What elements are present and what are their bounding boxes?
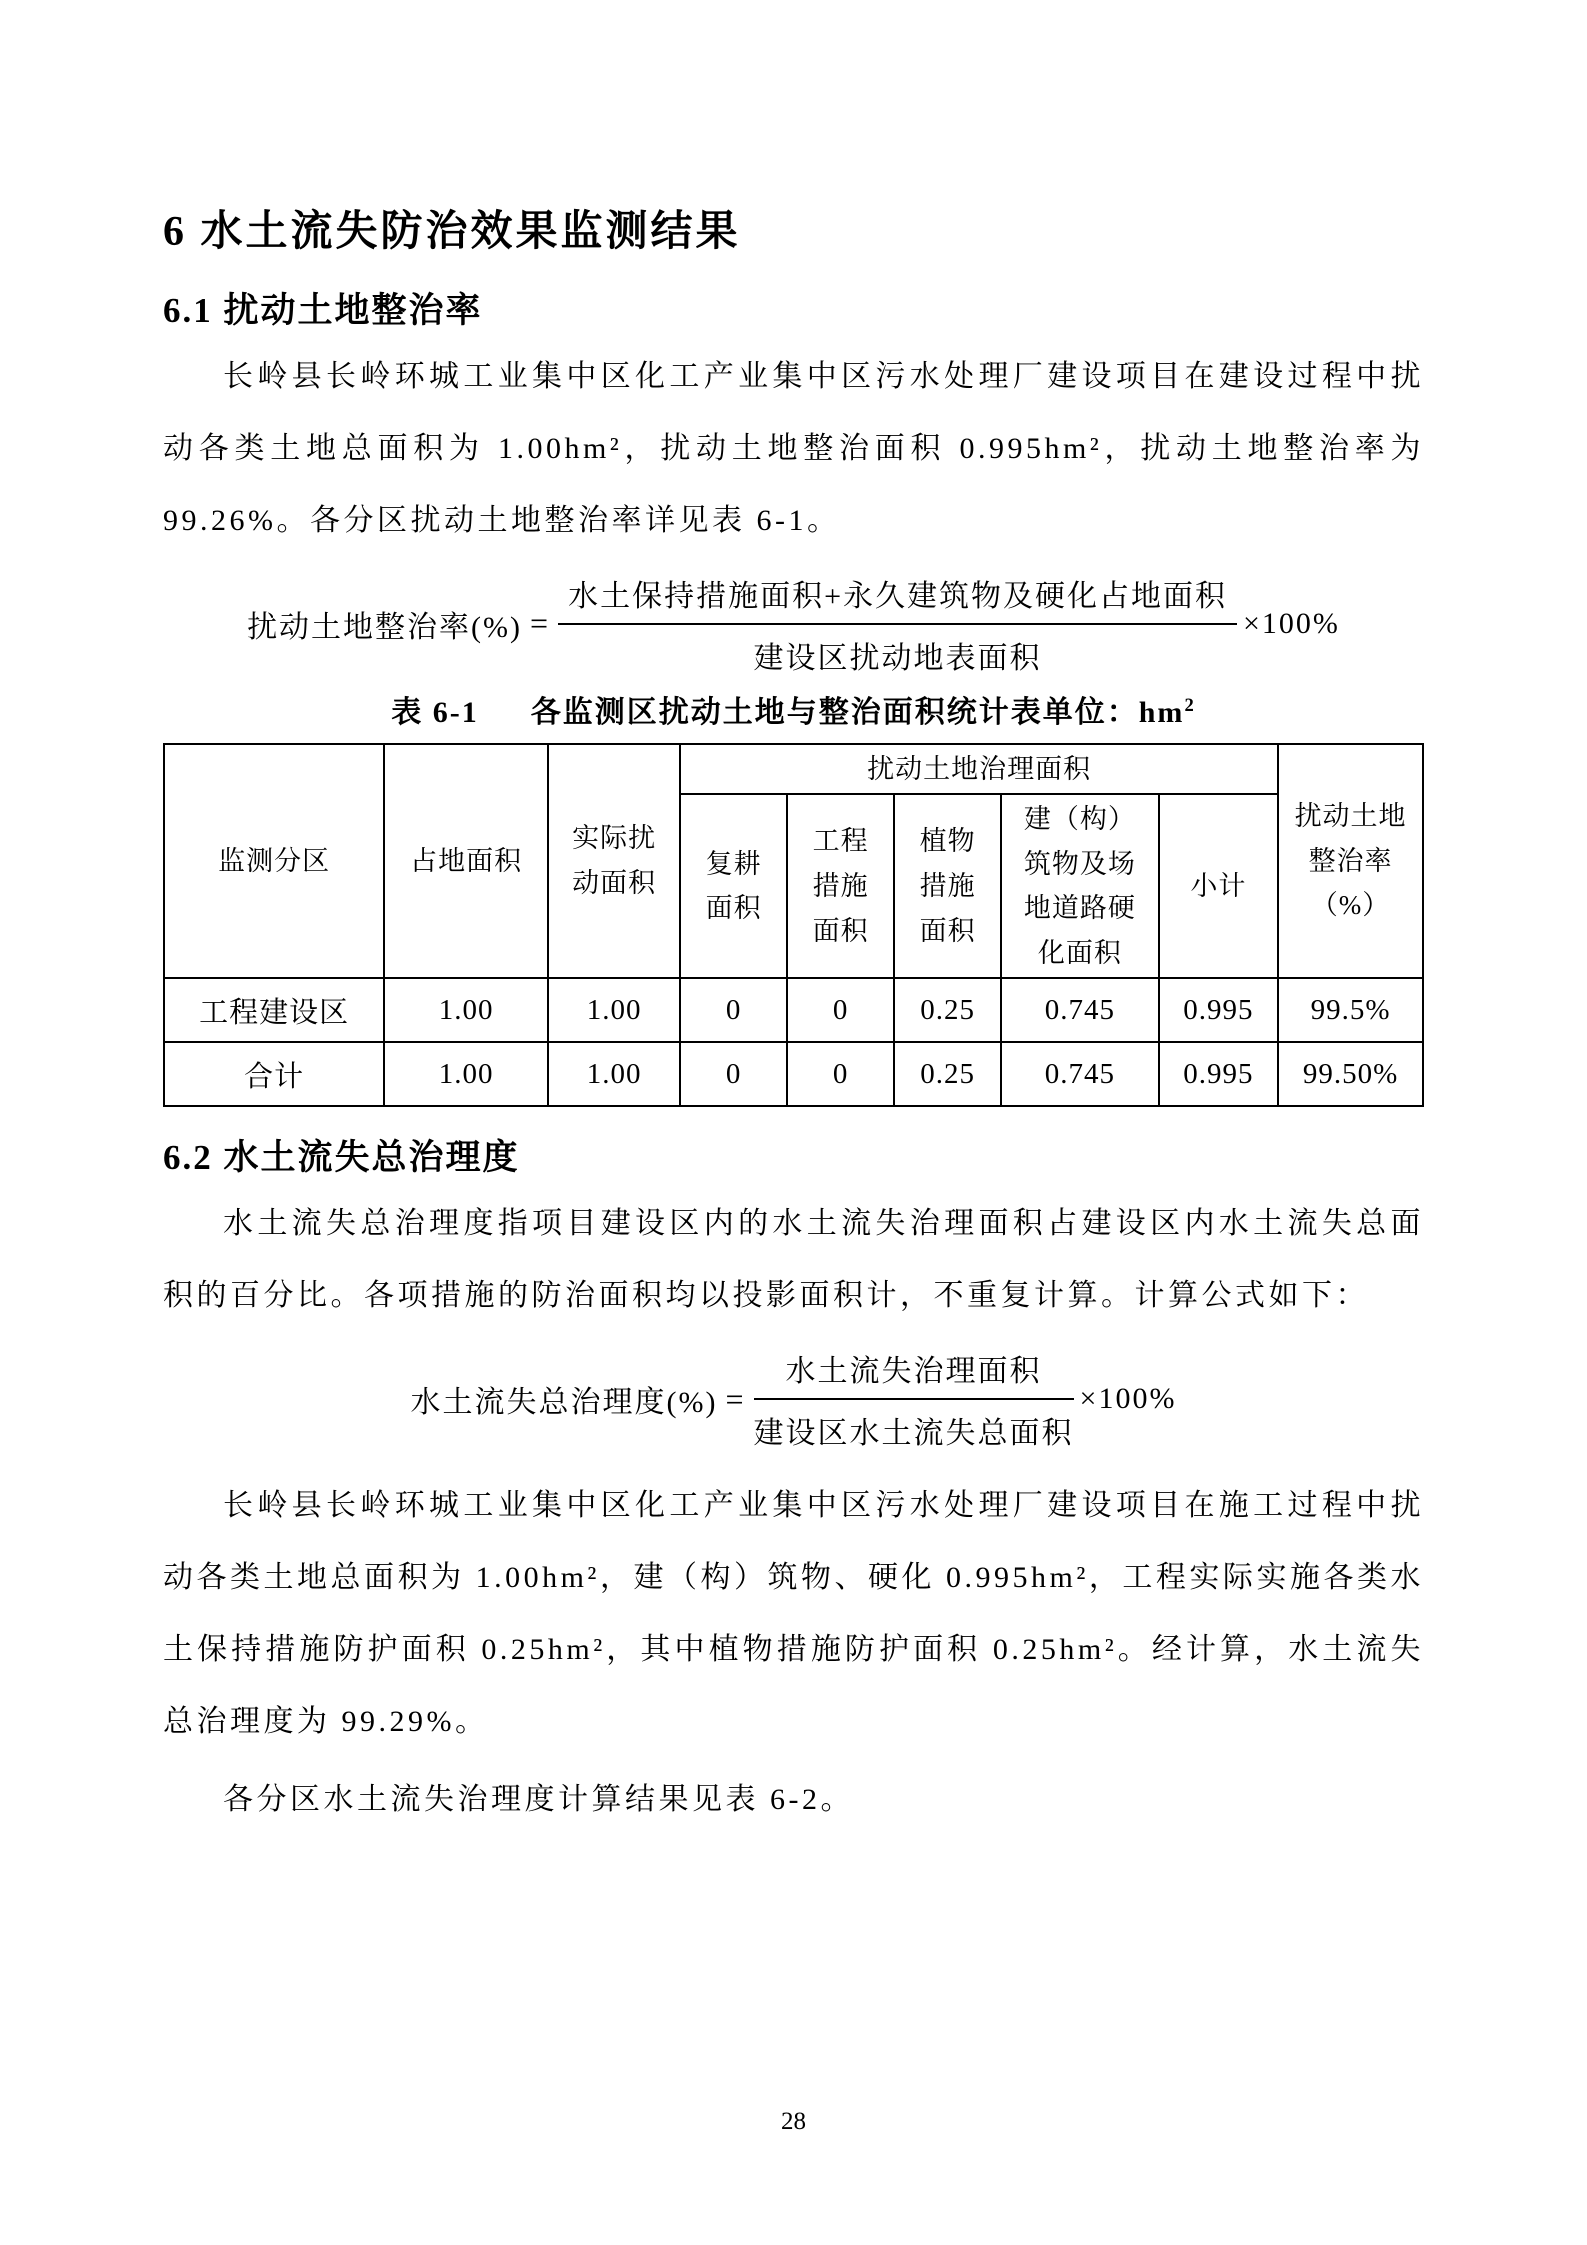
table-cell: 1.00 (548, 978, 680, 1042)
col-header-occupied-area: 占地面积 (384, 744, 548, 979)
table-caption-label: 表 6-1 (391, 696, 479, 729)
table-cell: 0.25 (894, 978, 1001, 1042)
table-cell: 1.00 (384, 978, 548, 1042)
table-cell: 0.745 (1001, 978, 1158, 1042)
section-6-1-heading: 6.1 扰动土地整治率 (163, 286, 1424, 335)
col-header-subtotal: 小计 (1159, 794, 1279, 978)
table-cell: 工程建设区 (164, 978, 384, 1042)
table-cell: 0.995 (1159, 978, 1279, 1042)
col-header-actual-disturbed: 实际扰动面积 (548, 744, 680, 979)
table-caption-unit-sup: 2 (1184, 695, 1195, 716)
table-header-row-1: 监测分区 占地面积 实际扰动面积 扰动土地治理面积 扰动土地整治率（%） (164, 744, 1423, 795)
table-cell: 0 (680, 1042, 787, 1106)
formula-lhs: 水土流失总治理度(%) (411, 1377, 718, 1421)
formula-equals: = (522, 605, 558, 642)
chapter-title: 6 水土流失防治效果监测结果 (163, 0, 1424, 260)
page-number: 28 (0, 2108, 1587, 2136)
col-header-recultivation: 复耕面积 (680, 794, 787, 978)
section-6-2-paragraph-1: 水土流失总治理度指项目建设区内的水土流失治理面积占建设区内水土流失总面积的百分比… (163, 1188, 1424, 1332)
table-cell: 1.00 (548, 1042, 680, 1106)
table-cell: 0 (787, 978, 894, 1042)
formula-numerator: 水土流失治理面积 (754, 1346, 1074, 1400)
table-cell: 0.995 (1159, 1042, 1279, 1106)
table-row-total: 合计 1.00 1.00 0 0 0.25 0.745 0.995 99.50% (164, 1042, 1423, 1106)
formula-erosion-control-degree: 水土流失总治理度(%)=水土流失治理面积建设区水土流失总面积×100% (163, 1346, 1424, 1452)
col-header-monitor-zone: 监测分区 (164, 744, 384, 979)
col-header-rectification-rate: 扰动土地整治率（%） (1278, 744, 1423, 979)
table-caption-title: 各监测区扰动土地与整治面积统计表单位：hm (531, 696, 1185, 729)
formula-multiplier: ×100% (1074, 1382, 1177, 1416)
col-header-plant-measures: 植物措施面积 (894, 794, 1001, 978)
table-cell: 合计 (164, 1042, 384, 1106)
table-cell: 99.50% (1278, 1042, 1423, 1106)
formula-fraction: 水土保持措施面积+永久建筑物及硬化占地面积建设区扰动地表面积 (558, 571, 1237, 677)
formula-equals: = (718, 1381, 754, 1418)
section-6-1-paragraph: 长岭县长岭环城工业集中区化工产业集中区污水处理厂建设项目在建设过程中扰动各类土地… (163, 341, 1424, 557)
formula-numerator: 水土保持措施面积+永久建筑物及硬化占地面积 (558, 571, 1237, 625)
page-content: 6 水土流失防治效果监测结果 6.1 扰动土地整治率 长岭县长岭环城工业集中区化… (0, 0, 1587, 1836)
col-header-engineering-measures: 工程措施面积 (787, 794, 894, 978)
formula-lhs: 扰动土地整治率(%) (247, 602, 522, 646)
formula-disturbed-land-rate: 扰动土地整治率(%)=水土保持措施面积+永久建筑物及硬化占地面积建设区扰动地表面… (163, 571, 1424, 677)
formula-denominator: 建设区水土流失总面积 (754, 1400, 1074, 1452)
section-6-2-heading: 6.2 水土流失总治理度 (163, 1133, 1424, 1182)
table-cell: 99.5% (1278, 978, 1423, 1042)
formula-denominator: 建设区扰动地表面积 (558, 625, 1237, 677)
section-6-2-paragraph-2: 长岭县长岭环城工业集中区化工产业集中区污水处理厂建设项目在施工过程中扰动各类土地… (163, 1470, 1424, 1758)
formula-fraction: 水土流失治理面积建设区水土流失总面积 (754, 1346, 1074, 1452)
table-cell: 0 (787, 1042, 894, 1106)
col-header-building-hardened: 建（构）筑物及场地道路硬化面积 (1001, 794, 1158, 978)
table-cell: 0.25 (894, 1042, 1001, 1106)
table-cell: 0 (680, 978, 787, 1042)
table-cell: 0.745 (1001, 1042, 1158, 1106)
table-6-1: 监测分区 占地面积 实际扰动面积 扰动土地治理面积 扰动土地整治率（%） 复耕面… (163, 743, 1424, 1108)
section-6-2-paragraph-3: 各分区水土流失治理度计算结果见表 6-2。 (163, 1764, 1424, 1836)
table-row-construction-zone: 工程建设区 1.00 1.00 0 0 0.25 0.745 0.995 99.… (164, 978, 1423, 1042)
table-6-1-caption: 表 6-1各监测区扰动土地与整治面积统计表单位：hm2 (163, 687, 1424, 731)
table-cell: 1.00 (384, 1042, 548, 1106)
document-page: 6 水土流失防治效果监测结果 6.1 扰动土地整治率 长岭县长岭环城工业集中区化… (0, 0, 1587, 2245)
formula-multiplier: ×100% (1237, 607, 1340, 641)
col-header-treatment-group: 扰动土地治理面积 (680, 744, 1278, 795)
